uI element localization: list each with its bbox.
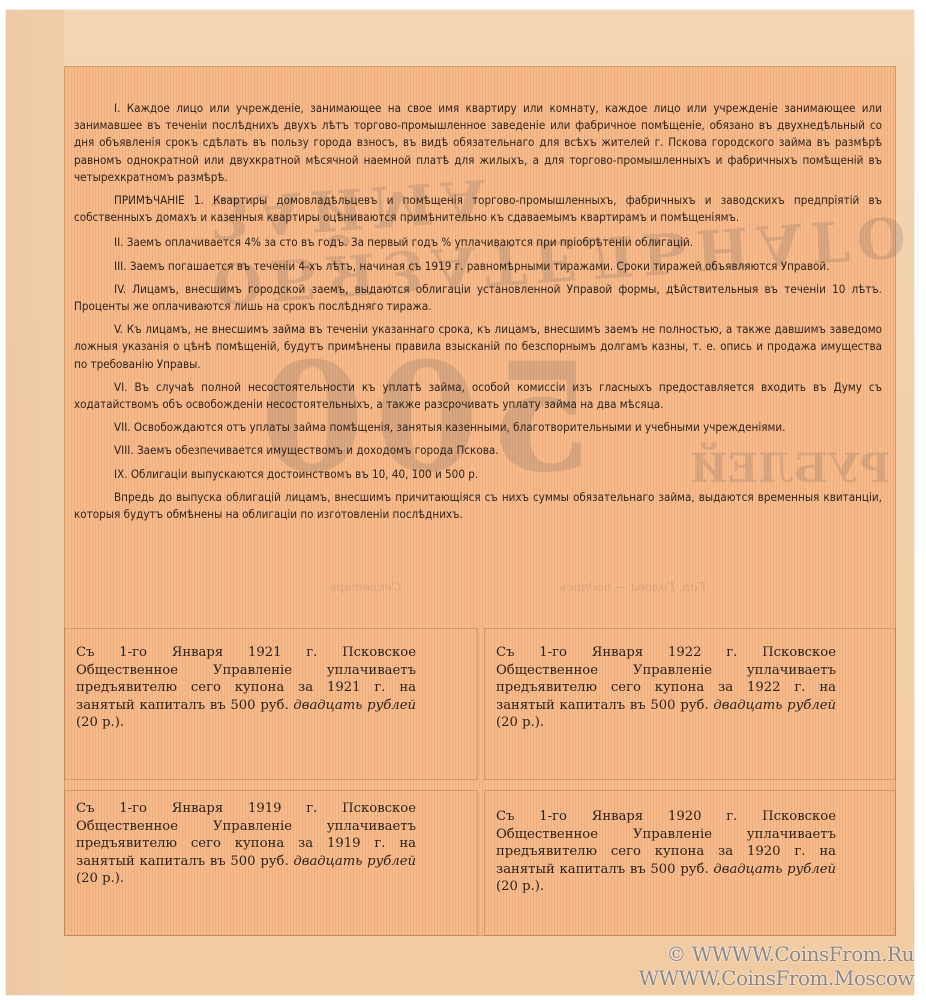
copyright-line-2: WWWW.CoinsFrom.Moscow <box>639 966 914 990</box>
term-paragraph-1: I. Каждое лицо или учрежденіе, занимающе… <box>74 100 882 186</box>
term-paragraph-4: IV. Лицамъ, внесшимъ городской заемъ, вы… <box>74 281 882 315</box>
coupon-1921: Съ 1-го Января 1921 г. Псковское Обществ… <box>76 644 416 732</box>
coupon-amount: (20 р.). <box>76 871 124 886</box>
coupon-1920: Съ 1-го Января 1920 г. Псковское Обществ… <box>496 808 836 896</box>
coupon-1922: Съ 1-го Января 1922 г. Псковское Обществ… <box>496 644 836 732</box>
loan-terms-text: I. Каждое лицо или учрежденіе, занимающе… <box>74 100 882 529</box>
term-paragraph-7: VII. Освобождаются отъ уплаты займа помѣ… <box>74 419 882 436</box>
show-through-signature: Секретарь <box>330 580 401 594</box>
show-through-signature: Гор. Голова — подпись <box>560 580 706 594</box>
copyright-line-1: © WWWW.CoinsFrom.Ru <box>639 942 914 966</box>
coupon-amount-words: двадцать рублей <box>293 698 416 713</box>
term-paragraph-3: III. Заемъ погашается въ теченіи 4-хъ лѣ… <box>74 258 882 275</box>
coupon-amount-words: двадцать рублей <box>293 854 416 869</box>
coupon-amount: (20 р.). <box>496 715 544 730</box>
coupon-amount: (20 р.). <box>496 879 544 894</box>
copyright-watermark: © WWWW.CoinsFrom.Ru WWWW.CoinsFrom.Mosco… <box>639 942 914 990</box>
coupon-amount-words: двадцать рублей <box>713 698 836 713</box>
term-paragraph-6: VI. Въ случаѣ полной несостоятельности к… <box>74 379 882 413</box>
term-paragraph-temporary-receipts: Впредь до выпуска облигацій лицамъ, внес… <box>74 489 882 523</box>
term-note-1: ПРИМѢЧАНІЕ 1. Квартиры домовладѣльцевъ и… <box>74 192 882 226</box>
coupon-amount: (20 р.). <box>76 715 124 730</box>
coupon-amount-words: двадцать рублей <box>713 862 836 877</box>
term-paragraph-5: V. Къ лицамъ, не внесшимъ займа въ течен… <box>74 321 882 373</box>
term-paragraph-2: II. Заемъ оплачивается 4% за сто въ годъ… <box>74 234 882 251</box>
coupon-1919: Съ 1-го Января 1919 г. Псковское Обществ… <box>76 800 416 888</box>
term-paragraph-9: IX. Облигаціи выпускаются достоинствомъ … <box>74 466 882 483</box>
term-paragraph-8: VIII. Заемъ обезпечивается имуществомъ и… <box>74 442 882 459</box>
paper-left-strip <box>6 10 64 995</box>
